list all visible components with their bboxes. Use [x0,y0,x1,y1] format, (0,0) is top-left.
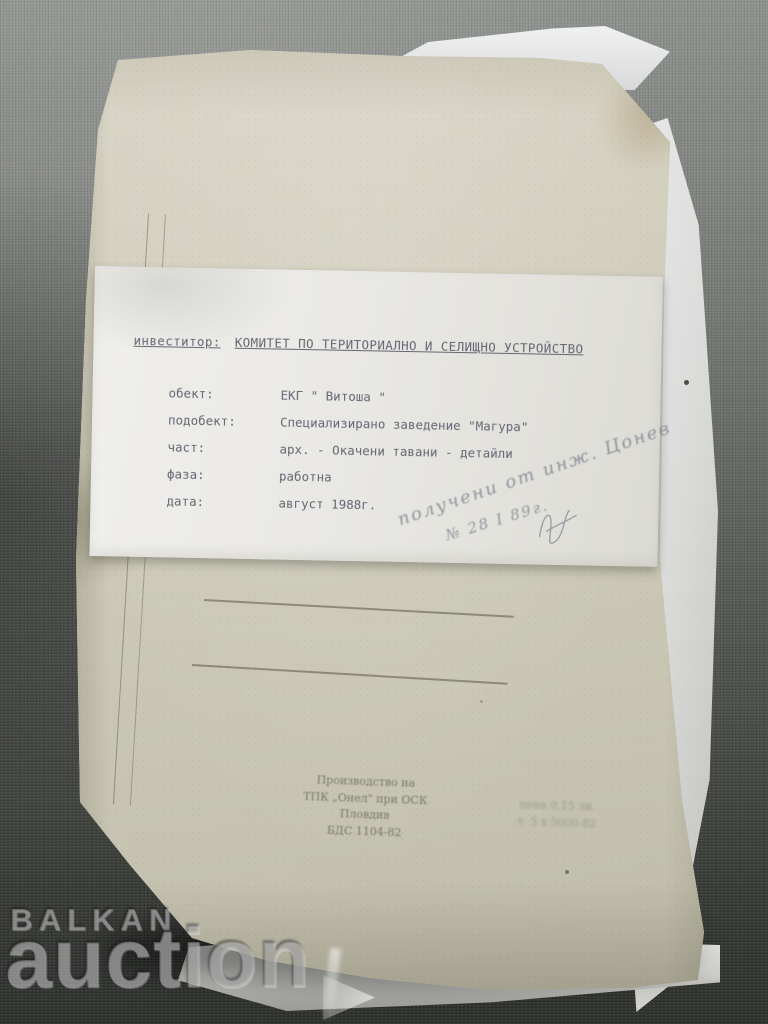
typed-project-label: инвеститор:КОМИТЕТ ПО ТЕРИТОРИАЛНО И СЕЛ… [89,266,662,567]
field-name: фаза: [167,460,279,489]
investor-name: КОМИТЕТ ПО ТЕРИТОРИАЛНО И СЕЛИЩНО УСТРОЙ… [235,335,584,357]
paper-speck [684,380,689,385]
folder-speck [565,870,569,874]
watermark-auction: auction [5,916,311,1000]
printer-imprint-left: Производство на ТПК „Онел" при ОСК Пловд… [274,771,456,843]
investor-line: инвеститор:КОМИТЕТ ПО ТЕРИТОРИАЛНО И СЕЛ… [133,333,583,357]
field-value: работна [279,463,332,491]
field-value: ЕКГ " Витоша " [280,382,386,411]
photo-of-archive-folder: Производство на ТПК „Онел" при ОСК Пловд… [0,0,768,1024]
printer-imprint-right: цена 0,15 лв. т. 5 х 5000-82 [471,794,642,834]
field-name: подобект: [168,406,280,435]
folder-speck [480,700,483,703]
field-name: обект: [168,379,280,408]
field-name: част: [167,433,279,462]
field-value: август 1988г. [278,490,376,519]
field-name: дата: [166,487,278,516]
investor-caption: инвеститор: [133,333,220,350]
pencil-signature-scribble [528,498,588,555]
